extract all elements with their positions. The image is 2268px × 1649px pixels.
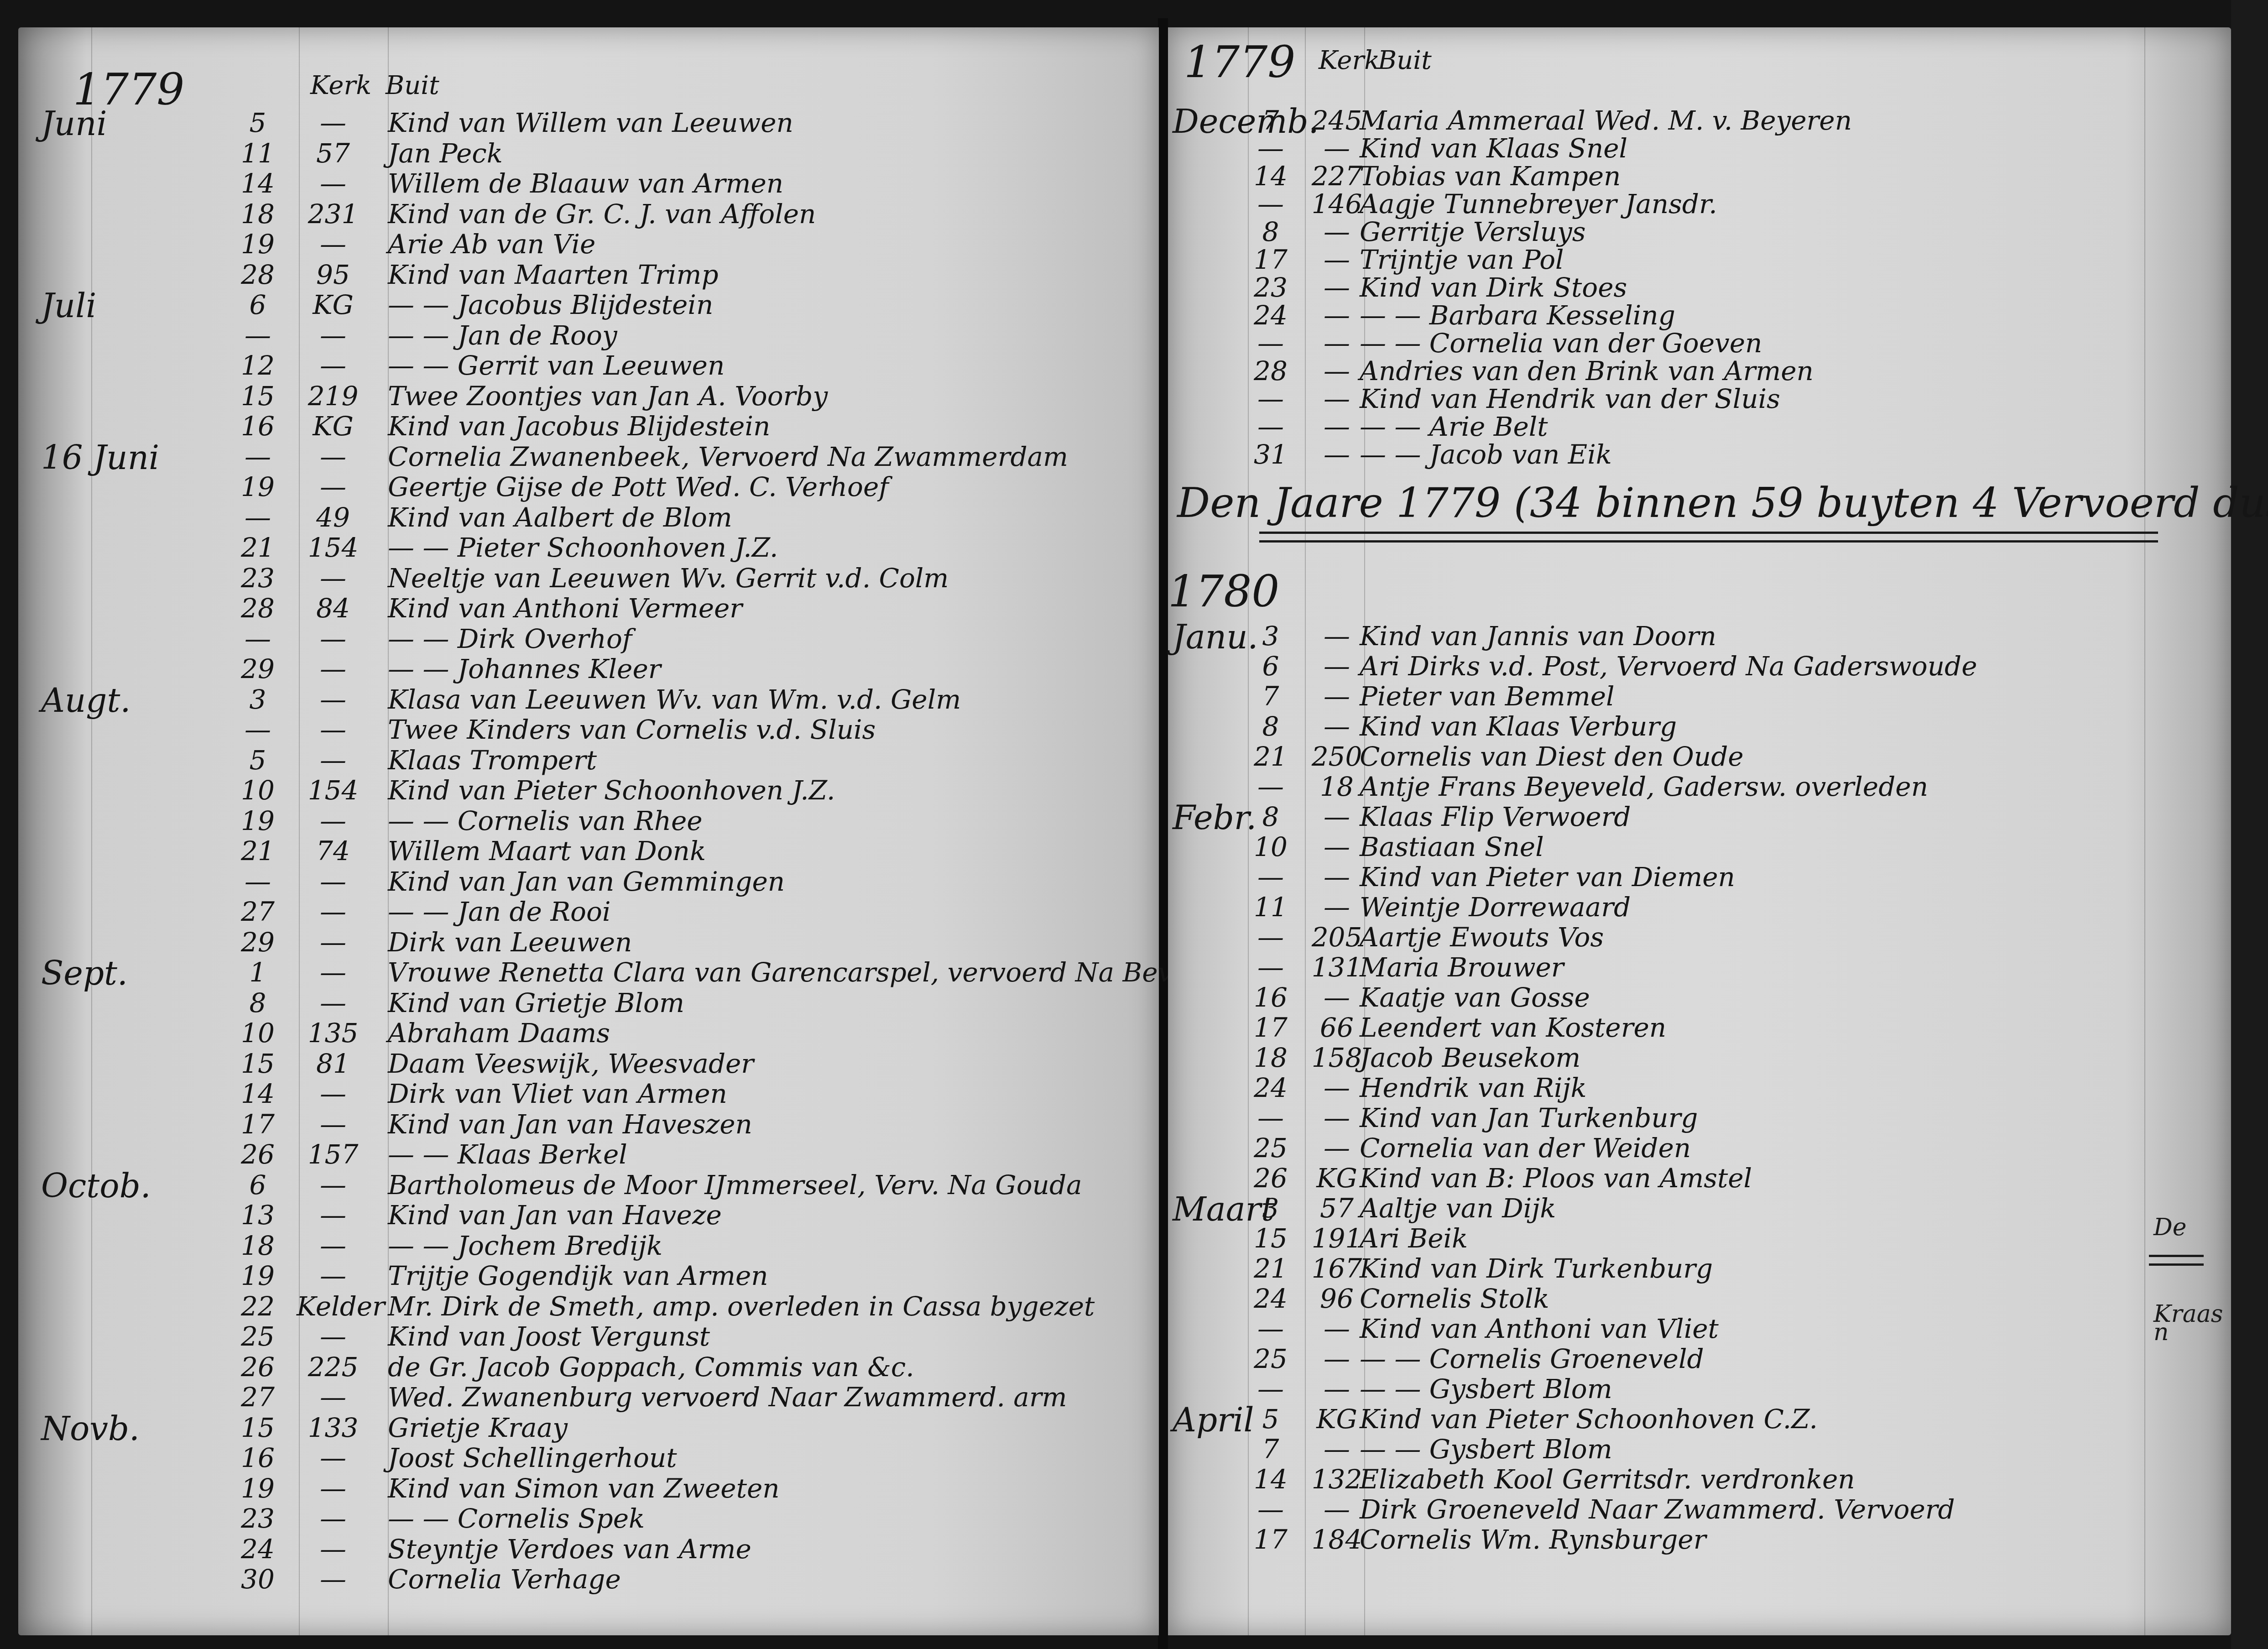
entry-day: — — [1246, 411, 1296, 442]
entry-day: 13 — [233, 1200, 283, 1231]
entry-name: Kind van Hendrik van der Sluis — [1360, 383, 1780, 414]
entry-grave-number: — — [297, 1169, 370, 1200]
register-entry: 1766Leendert van Kosteren — [1168, 1012, 2231, 1039]
entry-grave-number: — — [297, 1230, 370, 1261]
register-entry: 17—Kind van Jan van Haveszen — [18, 1109, 1159, 1136]
entry-day: 14 — [233, 168, 283, 199]
register-entry: 1157Jan Peck — [18, 138, 1159, 165]
register-entry: 23—— — Cornelis Spek — [18, 1503, 1159, 1530]
register-entry: 7—— — Gysbert Blom — [1168, 1434, 2231, 1461]
entry-name: Kind van Klaas Snel — [1360, 133, 1627, 164]
register-entry: 2895Kind van Maarten Trimp — [18, 259, 1159, 287]
entry-name: Ari Beik — [1360, 1223, 1468, 1254]
register-entry: Novb.15133Grietje Kraay — [18, 1412, 1159, 1440]
entry-name: Twee Kinders van Cornelis v.d. Sluis — [388, 714, 876, 745]
entry-name: Kind van Anthoni Vermeer — [388, 593, 742, 624]
entry-day: 8 — [1246, 216, 1296, 247]
register-entry: 21154— — Pieter Schoonhoven J.Z. — [18, 532, 1159, 559]
register-entry: 24—Steyntje Verdoes van Arme — [18, 1534, 1159, 1561]
entry-grave-number: KG — [297, 411, 370, 442]
register-entry: 13—Kind van Jan van Haveze — [18, 1200, 1159, 1227]
entry-name: Maria Brouwer — [1360, 952, 1564, 983]
register-entry: 15191Ari Beik — [1168, 1223, 2231, 1250]
register-entry: 19—Kind van Simon van Zweeten — [18, 1473, 1159, 1500]
entry-name: Weintje Dorrewaard — [1360, 892, 1631, 923]
column-header-buit: Buit — [386, 71, 439, 100]
entry-grave-number: — — [297, 1534, 370, 1565]
right-page: 1779 Kerk Buit Decemb.7245Maria Ammeraal… — [1168, 27, 2231, 1635]
entry-day: 19 — [233, 1260, 283, 1291]
entry-day: 17 — [1246, 1524, 1296, 1555]
entry-name: Tobias van Kampen — [1360, 161, 1621, 192]
entry-day: 24 — [1246, 300, 1296, 331]
register-entry: 19—Trijtje Gogendijk van Armen — [18, 1260, 1159, 1288]
register-entry: Febr.8—Klaas Flip Verwoerd — [1168, 801, 2231, 829]
entry-day: 11 — [233, 138, 283, 169]
entry-name: Kind van Jan van Gemmingen — [388, 866, 785, 897]
entry-grave-number: — — [297, 927, 370, 958]
entry-grave-number: — — [297, 229, 370, 260]
register-entry: ——— — Gysbert Blom — [1168, 1373, 2231, 1401]
register-entry: ——— — Cornelia van der Goeven — [1168, 328, 2231, 355]
entry-name: Kind van Jacobus Blijdestein — [388, 411, 770, 442]
register-entry: 19—— — Cornelis van Rhee — [18, 805, 1159, 833]
entry-day: 7 — [1246, 681, 1296, 712]
entry-day: 29 — [233, 927, 283, 958]
entry-day: 28 — [1246, 355, 1296, 386]
entry-name: Kind van Anthoni van Vliet — [1360, 1313, 1719, 1344]
register-entry: ——Twee Kinders van Cornelis v.d. Sluis — [18, 714, 1159, 741]
entry-day: — — [233, 320, 283, 351]
register-entry: 23—Kind van Dirk Stoes — [1168, 272, 2231, 299]
entry-month: 16 Juni — [41, 438, 159, 477]
entry-day: 16 — [1246, 982, 1296, 1013]
entry-name: Klaas Trompert — [388, 745, 597, 776]
entry-day: — — [1246, 771, 1296, 802]
entry-day: 19 — [233, 229, 283, 260]
entry-name: Dirk van Leeuwen — [388, 927, 632, 958]
register-entry: 23—Neeltje van Leeuwen Wv. Gerrit v.d. C… — [18, 563, 1159, 590]
entry-name: Aaltje van Dijk — [1360, 1193, 1556, 1224]
entry-grave-number: — — [297, 1382, 370, 1413]
entry-name: Steyntje Verdoes van Arme — [388, 1534, 751, 1565]
entry-day: 19 — [233, 805, 283, 836]
edge-fragment: n — [2153, 1319, 2169, 1346]
entry-name: Leendert van Kosteren — [1360, 1012, 1666, 1043]
entry-name: Kind van Aalbert de Blom — [388, 502, 732, 533]
entry-day: — — [233, 714, 283, 745]
entry-name: Kaatje van Gosse — [1360, 982, 1590, 1013]
register-entry: Maart357Aaltje van Dijk — [1168, 1193, 2231, 1220]
entry-grave-number: — — [297, 653, 370, 684]
register-entry: ——Kind van Anthoni van Vliet — [1168, 1313, 2231, 1341]
register-entry: 8—Kind van Grietje Blom — [18, 987, 1159, 1015]
entry-name: Cornelia van der Weiden — [1360, 1132, 1691, 1164]
entry-month: Juni — [41, 104, 107, 143]
entry-day: 24 — [1246, 1283, 1296, 1314]
entry-name: — — Arie Belt — [1360, 411, 1548, 442]
entry-grave-number: — — [297, 745, 370, 776]
entry-grave-number: — — [297, 1473, 370, 1504]
entry-day: — — [233, 623, 283, 654]
register-entry: ——Kind van Klaas Snel — [1168, 133, 2231, 160]
entry-day: 14 — [1246, 161, 1296, 192]
entry-name: — — Klaas Berkel — [388, 1139, 627, 1170]
entry-day: 28 — [233, 259, 283, 290]
register-entry: Octob.6—Bartholomeus de Moor IJmmerseel,… — [18, 1169, 1159, 1197]
register-entry: 2174Willem Maart van Donk — [18, 835, 1159, 863]
entry-day: 5 — [233, 745, 283, 776]
entry-name: Kind van Pieter Schoonhoven J.Z. — [388, 775, 835, 806]
entry-month: Juli — [41, 287, 96, 325]
book-gutter — [1158, 18, 1168, 1649]
entry-grave-number: — — [297, 623, 370, 654]
register-entry: 16KGKind van Jacobus Blijdestein — [18, 411, 1159, 438]
entry-day: 14 — [233, 1078, 283, 1109]
entry-name: Mr. Dirk de Smeth, amp. overleden in Cas… — [388, 1291, 1095, 1322]
entry-name: Dirk van Vliet van Armen — [388, 1078, 727, 1109]
entry-name: Aartje Ewouts Vos — [1360, 922, 1604, 953]
register-entry: 18158Jacob Beusekom — [1168, 1042, 2231, 1070]
entry-grave-number: — — [297, 957, 370, 988]
register-entry: 28—Andries van den Brink van Armen — [1168, 355, 2231, 383]
entry-grave-number: Kelder — [297, 1291, 370, 1322]
entry-grave-number: — — [297, 563, 370, 594]
entry-name: de Gr. Jacob Goppach, Commis van &c. — [388, 1352, 914, 1383]
page-year: 1779 — [1184, 37, 1295, 88]
entry-day: 18 — [1246, 1042, 1296, 1073]
entry-name: — — Dirk Overhof — [388, 623, 632, 654]
entry-name: — — Gysbert Blom — [1360, 1434, 1612, 1465]
entry-day: 17 — [1246, 1012, 1296, 1043]
register-entry: 31—— — Jacob van Eik — [1168, 439, 2231, 466]
entry-grave-number: — — [297, 866, 370, 897]
register-entry: 17184Cornelis Wm. Rynsburger — [1168, 1524, 2231, 1551]
entry-grave-number: 154 — [297, 532, 370, 563]
entry-grave-number: 57 — [297, 138, 370, 169]
entry-day: 26 — [233, 1352, 283, 1383]
entry-grave-number: — — [297, 168, 370, 199]
register-entry: 16—Joost Schellingerhout — [18, 1442, 1159, 1470]
entry-name: Willem Maart van Donk — [388, 835, 706, 866]
entry-day: 25 — [233, 1321, 283, 1352]
entry-grave-number: 157 — [297, 1139, 370, 1170]
entry-grave-number: — — [297, 320, 370, 351]
register-entry: ——Kind van Jan van Gemmingen — [18, 866, 1159, 893]
register-entry: —146Aagje Tunnebreyer Jansdr. — [1168, 188, 2231, 216]
entry-day: — — [1246, 1102, 1296, 1133]
entry-grave-number: 49 — [297, 502, 370, 533]
entry-name: — — Cornelis Spek — [388, 1503, 645, 1534]
entry-name: — — Gysbert Blom — [1360, 1373, 1612, 1404]
entry-grave-number: 95 — [297, 259, 370, 290]
entry-name: — — Jacob van Eik — [1360, 439, 1612, 470]
entry-grave-number: KG — [297, 289, 370, 320]
entry-day: 28 — [233, 593, 283, 624]
entry-name: Willem de Blaauw van Armen — [388, 168, 783, 199]
entry-name: Kind van Klaas Verburg — [1360, 711, 1677, 742]
register-entry: 5—Klaas Trompert — [18, 745, 1159, 772]
entry-day: 8 — [1246, 801, 1296, 832]
entry-name: Kind van Maarten Trimp — [388, 259, 719, 290]
entry-day: — — [1246, 383, 1296, 414]
entry-name: Joost Schellingerhout — [388, 1442, 677, 1473]
register-entry: 25—Cornelia van der Weiden — [1168, 1132, 2231, 1160]
entry-name: Andries van den Brink van Armen — [1360, 355, 1814, 386]
entry-day: 14 — [1246, 1464, 1296, 1495]
entry-name: — — Jan de Rooi — [388, 896, 610, 927]
entry-grave-number: 74 — [297, 835, 370, 866]
entry-name: Bastiaan Snel — [1360, 831, 1544, 862]
register-entry: 14—Willem de Blaauw van Armen — [18, 168, 1159, 195]
register-entry: 19—Geertje Gijse de Pott Wed. C. Verhoef — [18, 471, 1159, 499]
entry-day: 15 — [233, 1412, 283, 1443]
register-entry: 24—— — Barbara Kesseling — [1168, 300, 2231, 327]
entry-grave-number: — — [297, 987, 370, 1018]
register-entry: ——Kind van Pieter van Diemen — [1168, 861, 2231, 889]
register-entry: Janu.3—Kind van Jannis van Doorn — [1168, 621, 2231, 648]
register-entry: April5KGKind van Pieter Schoonhoven C.Z. — [1168, 1404, 2231, 1431]
entry-name: Kind van de Gr. C. J. van Affolen — [388, 198, 816, 230]
entry-grave-number: — — [297, 896, 370, 927]
register-entry: 10135Abraham Daams — [18, 1018, 1159, 1045]
entry-day: — — [1246, 1494, 1296, 1525]
register-entry: 26225de Gr. Jacob Goppach, Commis van &c… — [18, 1352, 1159, 1379]
entry-day: 6 — [233, 289, 283, 320]
entry-name: Kind van Jan van Haveze — [388, 1200, 722, 1231]
entry-day: 17 — [1246, 244, 1296, 275]
register-entry: 18231Kind van de Gr. C. J. van Affolen — [18, 198, 1159, 226]
register-entry: 12—— — Gerrit van Leeuwen — [18, 350, 1159, 377]
entry-day: 26 — [1246, 1163, 1296, 1194]
register-entry: 2496Cornelis Stolk — [1168, 1283, 2231, 1310]
entry-day: 12 — [233, 350, 283, 381]
entry-day: 7 — [1246, 1434, 1296, 1465]
entry-grave-number: — — [297, 684, 370, 715]
entry-name: Ari Dirks v.d. Post, Vervoerd Na Gadersw… — [1360, 651, 1977, 682]
entry-day: — — [1246, 1373, 1296, 1404]
entry-name: Trijtje Gogendijk van Armen — [388, 1260, 768, 1291]
entry-day: 21 — [233, 835, 283, 866]
entry-name: Bartholomeus de Moor IJmmerseel, Verv. N… — [388, 1169, 1082, 1200]
entry-day: 8 — [1246, 711, 1296, 742]
entry-grave-number: — — [297, 1200, 370, 1231]
entry-day: 25 — [1246, 1132, 1296, 1164]
entry-day: 23 — [233, 563, 283, 594]
entry-day: 19 — [233, 471, 283, 502]
entry-name: — — Cornelis van Rhee — [388, 805, 703, 836]
entry-name: Cornelis Stolk — [1360, 1283, 1549, 1314]
entry-name: Aagje Tunnebreyer Jansdr. — [1360, 188, 1717, 219]
entry-day: 27 — [233, 896, 283, 927]
entry-name: Kind van Jannis van Doorn — [1360, 621, 1716, 652]
register-entry: 26157— — Klaas Berkel — [18, 1139, 1159, 1166]
register-entry: 14132Elizabeth Kool Gerritsdr. verdronke… — [1168, 1464, 2231, 1491]
entry-name: — — Barbara Kesseling — [1360, 300, 1675, 331]
entry-grave-number: 84 — [297, 593, 370, 624]
entry-day: 31 — [1246, 439, 1296, 470]
entry-name: Elizabeth Kool Gerritsdr. verdronken — [1360, 1464, 1855, 1495]
register-entry: 26KGKind van B: Ploos van Amstel — [1168, 1163, 2231, 1190]
entry-day: 16 — [233, 411, 283, 442]
register-entry: Juni5—Kind van Willem van Leeuwen — [18, 107, 1159, 135]
entry-name: Kind van Simon van Zweeten — [388, 1473, 780, 1504]
entry-grave-number: 219 — [297, 381, 370, 412]
entry-name: Grietje Kraay — [388, 1412, 568, 1443]
entry-name: Twee Zoontjes van Jan A. Voorby — [388, 381, 828, 412]
register-entry: 27—Wed. Zwanenburg vervoerd Naar Zwammer… — [18, 1382, 1159, 1409]
register-entry: 21167Kind van Dirk Turkenburg — [1168, 1253, 2231, 1280]
register-entry: 14—Dirk van Vliet van Armen — [18, 1078, 1159, 1106]
register-entry: 29—Dirk van Leeuwen — [18, 927, 1159, 954]
entry-day: 17 — [233, 1109, 283, 1140]
entry-name: — — Jan de Rooy — [388, 320, 617, 351]
register-entry: Decemb.7245Maria Ammeraal Wed. M. v. Bey… — [1168, 105, 2231, 132]
entry-day: 30 — [233, 1564, 283, 1595]
book-edge — [2231, 0, 2268, 1649]
entry-day: — — [233, 866, 283, 897]
entry-name: — — Cornelia van der Goeven — [1360, 328, 1762, 359]
entry-day: 29 — [233, 653, 283, 684]
register-entry: 18—— — Jochem Bredijk — [18, 1230, 1159, 1258]
entry-grave-number: — — [297, 441, 370, 472]
entry-day: — — [1246, 188, 1296, 219]
entry-grave-number: — — [297, 1321, 370, 1352]
entry-day: — — [1246, 328, 1296, 359]
register-entry: Juli6KG— — Jacobus Blijdestein — [18, 289, 1159, 317]
entry-day: 19 — [233, 1473, 283, 1504]
entry-day: 15 — [233, 381, 283, 412]
entry-day: 21 — [233, 532, 283, 563]
entry-day: 24 — [1246, 1072, 1296, 1103]
entry-name: Klasa van Leeuwen Wv. van Wm. v.d. Gelm — [388, 684, 961, 715]
entry-grave-number: 133 — [297, 1412, 370, 1443]
entry-grave-number: — — [297, 471, 370, 502]
page-year-1780: 1780 — [1168, 566, 1279, 617]
entry-name: Neeltje van Leeuwen Wv. Gerrit v.d. Colm — [388, 563, 949, 594]
register-entry: 8—Kind van Klaas Verburg — [1168, 711, 2231, 738]
entry-name: Wed. Zwanenburg vervoerd Naar Zwammerd. … — [388, 1382, 1067, 1413]
entry-day: 18 — [233, 1230, 283, 1261]
entry-day: — — [1246, 133, 1296, 164]
entry-month: Sept. — [41, 954, 128, 992]
register-entry: 25—Kind van Joost Vergunst — [18, 1321, 1159, 1348]
entry-day: 27 — [233, 1382, 283, 1413]
register-entry: 11—Weintje Dorrewaard — [1168, 892, 2231, 919]
entry-day: 11 — [1246, 892, 1296, 923]
register-entry: 16 Juni——Cornelia Zwanenbeek, Vervoerd N… — [18, 441, 1159, 469]
entry-day: — — [1246, 922, 1296, 953]
register-entry: —131Maria Brouwer — [1168, 952, 2231, 979]
entry-name: — — Jacobus Blijdestein — [388, 289, 713, 320]
entry-name: Kind van Grietje Blom — [388, 987, 684, 1018]
entry-name: Hendrik van Rijk — [1360, 1072, 1587, 1103]
register-entry: 29—— — Johannes Kleer — [18, 653, 1159, 681]
entry-day: 25 — [1246, 1343, 1296, 1374]
entry-day: 5 — [1246, 1404, 1296, 1435]
register-entry: 19—Arie Ab van Vie — [18, 229, 1159, 256]
entry-day: 6 — [233, 1169, 283, 1200]
register-entry: 6—Ari Dirks v.d. Post, Vervoerd Na Gader… — [1168, 651, 2231, 678]
year-summary: Den Jaare 1779 (34 binnen 59 buyten 4 Ve… — [1177, 479, 2268, 527]
entry-name: — — Pieter Schoonhoven J.Z. — [388, 532, 778, 563]
entry-name: Pieter van Bemmel — [1360, 681, 1615, 712]
entry-grave-number: 231 — [297, 198, 370, 230]
entry-name: Dirk Groeneveld Naar Zwammerd. Vervoerd — [1360, 1494, 1955, 1525]
entry-name: Kind van B: Ploos van Amstel — [1360, 1163, 1752, 1194]
register-entry: 10154Kind van Pieter Schoonhoven J.Z. — [18, 775, 1159, 802]
entry-day: 3 — [1246, 621, 1296, 652]
entry-day: 15 — [1246, 1223, 1296, 1254]
register-entry: 25—— — Cornelis Groeneveld — [1168, 1343, 2231, 1371]
column-header-kerk: Kerk — [1319, 46, 1380, 75]
register-entry: 21250Cornelis van Diest den Oude — [1168, 741, 2231, 768]
entry-name: Arie Ab van Vie — [388, 229, 595, 260]
entry-name: Cornelia Zwanenbeek, Vervoerd Na Zwammer… — [388, 441, 1068, 472]
entry-name: Maria Ammeraal Wed. M. v. Beyeren — [1360, 105, 1852, 136]
entry-name: — — Gerrit van Leeuwen — [388, 350, 725, 381]
register-entry: 15219Twee Zoontjes van Jan A. Voorby — [18, 381, 1159, 408]
entry-grave-number: — — [297, 1109, 370, 1140]
entry-name: Cornelis van Diest den Oude — [1360, 741, 1744, 772]
entry-name: Kind van Pieter van Diemen — [1360, 861, 1735, 892]
entry-grave-number: 81 — [297, 1048, 370, 1079]
register-entry: —49Kind van Aalbert de Blom — [18, 502, 1159, 529]
entry-day: 10 — [233, 775, 283, 806]
entry-day: 10 — [1246, 831, 1296, 862]
entry-month: Augt. — [41, 681, 130, 720]
entry-day: — — [233, 441, 283, 472]
entry-name: Gerritje Versluys — [1360, 216, 1586, 247]
entry-name: — — Johannes Kleer — [388, 653, 661, 684]
edge-fragment: De — [2153, 1214, 2186, 1241]
entry-grave-number: — — [297, 1078, 370, 1109]
register-entry: 8—Gerritje Versluys — [1168, 216, 2231, 244]
entry-name: Jacob Beusekom — [1360, 1042, 1580, 1073]
register-entry: ——Kind van Hendrik van der Sluis — [1168, 383, 2231, 411]
register-entry: 7—Pieter van Bemmel — [1168, 681, 2231, 708]
register-entry: ——— — Jan de Rooy — [18, 320, 1159, 347]
entry-grave-number: — — [297, 1442, 370, 1473]
entry-name: Kind van Dirk Turkenburg — [1360, 1253, 1713, 1284]
entry-day: 21 — [1246, 1253, 1296, 1284]
register-entry: 10—Bastiaan Snel — [1168, 831, 2231, 859]
entry-name: Kind van Jan van Haveszen — [388, 1109, 752, 1140]
entry-day: 23 — [1246, 272, 1296, 303]
entry-grave-number: 154 — [297, 775, 370, 806]
entry-day: 1 — [233, 957, 283, 988]
entry-day: 22 — [233, 1291, 283, 1322]
entry-name: Kind van Willem van Leeuwen — [388, 107, 793, 138]
entry-name: Kind van Joost Vergunst — [388, 1321, 710, 1352]
entry-name: Cornelis Wm. Rynsburger — [1360, 1524, 1706, 1555]
entry-day: 3 — [233, 684, 283, 715]
entry-day: 10 — [233, 1018, 283, 1049]
entry-day: 23 — [233, 1503, 283, 1534]
entry-grave-number: 135 — [297, 1018, 370, 1049]
register-entry: 16—Kaatje van Gosse — [1168, 982, 2231, 1009]
register-entry: 1581Daam Veeswijk, Weesvader — [18, 1048, 1159, 1075]
entry-day: 8 — [233, 987, 283, 1018]
entry-name: Antje Frans Beyeveld, Gadersw. overleden — [1360, 771, 1928, 802]
register-entry: 24—Hendrik van Rijk — [1168, 1072, 2231, 1100]
register-entry: 22KelderMr. Dirk de Smeth, amp. overlede… — [18, 1291, 1159, 1318]
register-entry: ——Kind van Jan Turkenburg — [1168, 1102, 2231, 1130]
column-header-buit: Buit — [1378, 46, 1432, 75]
entry-day: — — [1246, 861, 1296, 892]
register-entry: Augt.3—Klasa van Leeuwen Wv. van Wm. v.d… — [18, 684, 1159, 711]
entry-day: 7 — [1246, 105, 1296, 136]
